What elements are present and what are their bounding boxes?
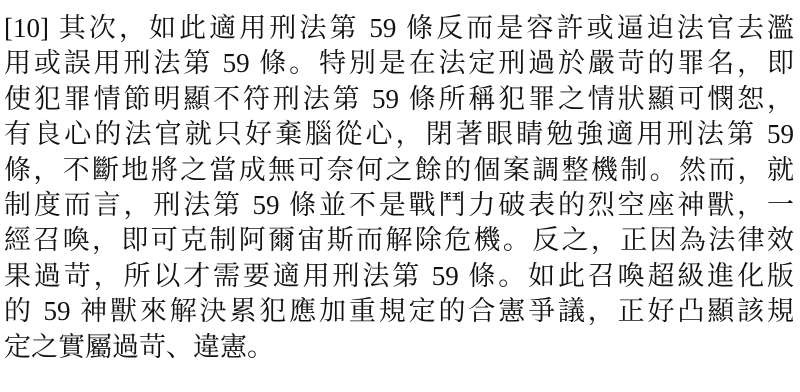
- text-line: 的 59 神獸來解決累犯應加重規定的合憲爭議，正好凸顯該規: [4, 294, 794, 329]
- text-line: 制度而言，刑法第 59 條並不是戰鬥力破表的烈空座神獸，一: [4, 188, 794, 223]
- text-line: 定之實屬過苛、違憲。: [4, 330, 794, 365]
- text-line: 條，不斷地將之當成無可奈何之餘的個案調整機制。然而，就: [4, 153, 794, 188]
- text-line: 有良心的法官就只好棄腦從心，閉著眼睛勉強適用刑法第 59: [4, 117, 794, 152]
- text-line: 使犯罪情節明顯不符刑法第 59 條所稱犯罪之情狀顯可憫恕，: [4, 82, 794, 117]
- text-line: 用或誤用刑法第 59 條。特別是在法定刑過於嚴苛的罪名，即: [4, 46, 794, 81]
- text-line: [10] 其次，如此適用刑法第 59 條反而是容許或逼迫法官去濫: [4, 11, 794, 46]
- text-line: 經召喚，即可克制阿爾宙斯而解除危機。反之，正因為法律效: [4, 223, 794, 258]
- text-line: 果過苛，所以才需要適用刑法第 59 條。如此召喚超級進化版: [4, 259, 794, 294]
- paragraph-10: [10] 其次，如此適用刑法第 59 條反而是容許或逼迫法官去濫 用或誤用刑法第…: [4, 11, 794, 365]
- document-page: [10] 其次，如此適用刑法第 59 條反而是容許或逼迫法官去濫 用或誤用刑法第…: [0, 0, 800, 392]
